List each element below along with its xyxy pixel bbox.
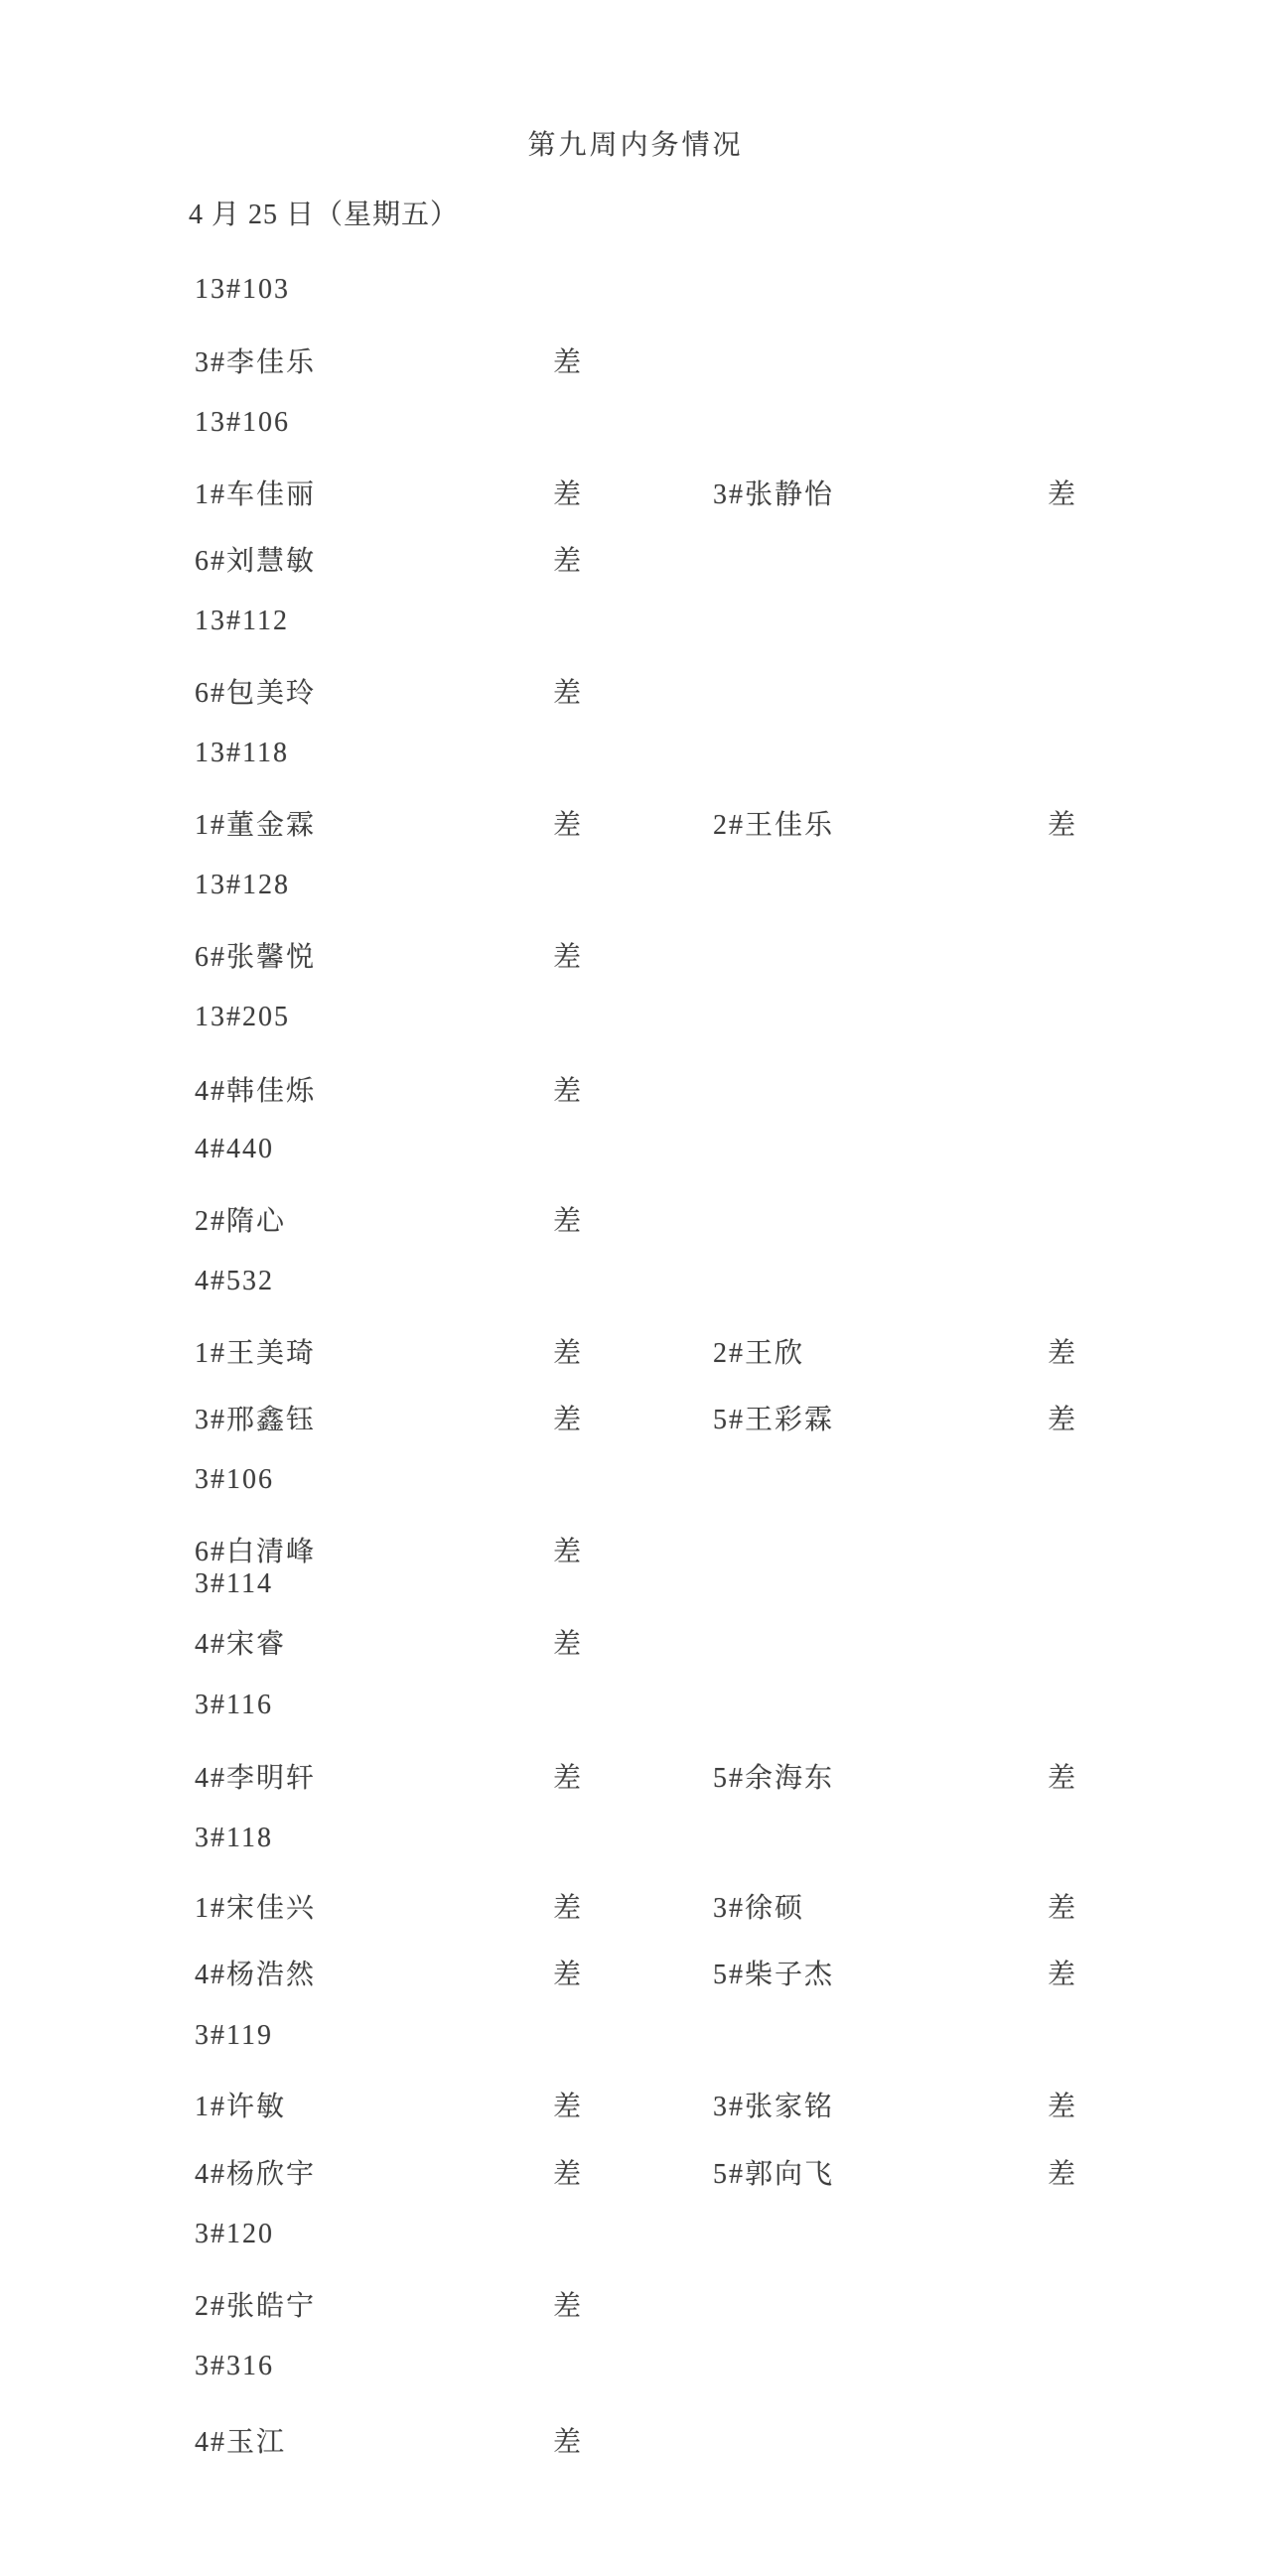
inspection-row: 2#隋心差	[0, 1199, 1271, 1233]
room-header-row: 3#316	[0, 2351, 1271, 2384]
room-number: 13#103	[195, 274, 290, 306]
student-name: 1#车佳丽	[195, 473, 316, 512]
student-name: 4#杨浩然	[195, 1953, 316, 1992]
student-name: 3#张静怡	[713, 473, 834, 512]
date-line: 4 月 25 日（星期五）	[189, 193, 459, 232]
student-name: 5#郭向飞	[713, 2152, 834, 2192]
grade-badge: 差	[1048, 803, 1077, 843]
grade-badge: 差	[553, 2085, 583, 2124]
inspection-row: 4#宋睿差	[0, 1622, 1271, 1656]
student-name: 2#王佳乐	[713, 803, 834, 843]
grade-badge: 差	[553, 2284, 583, 2324]
inspection-row: 3#李佳乐差	[0, 340, 1271, 374]
inspection-row: 1#宋佳兴差3#徐硕差	[0, 1886, 1271, 1920]
room-number: 3#118	[195, 1823, 273, 1854]
student-name: 3#李佳乐	[195, 340, 316, 380]
grade-badge: 差	[553, 1331, 583, 1371]
student-name: 5#王彩霖	[713, 1398, 834, 1437]
inspection-row: 4#杨浩然差5#柴子杰差	[0, 1953, 1271, 1986]
inspection-row: 1#王美琦差2#王欣差	[0, 1331, 1271, 1365]
inspection-row: 4#杨欣宇差5#郭向飞差	[0, 2152, 1271, 2186]
room-number: 3#316	[195, 2351, 274, 2382]
student-name: 4#杨欣宇	[195, 2152, 316, 2192]
student-name: 2#隋心	[195, 1199, 286, 1239]
document-title: 第九周内务情况	[0, 123, 1271, 163]
room-number: 4#532	[195, 1266, 274, 1297]
student-name: 1#王美琦	[195, 1331, 316, 1371]
grade-badge: 差	[553, 2152, 583, 2192]
grade-badge: 差	[553, 2420, 583, 2460]
grade-badge: 差	[553, 1886, 583, 1926]
student-name: 6#白清峰	[195, 1530, 316, 1569]
room-number: 3#120	[195, 2219, 274, 2250]
grade-badge: 差	[1048, 1953, 1077, 1992]
student-name: 2#张皓宁	[195, 2284, 316, 2324]
inspection-row: 4#韩佳烁差	[0, 1069, 1271, 1103]
grade-badge: 差	[1048, 1331, 1077, 1371]
grade-badge: 差	[553, 1398, 583, 1437]
room-number: 13#205	[195, 1002, 290, 1033]
inspection-row: 6#张馨悦差	[0, 935, 1271, 969]
room-header-row: 3#116	[0, 1690, 1271, 1723]
student-name: 1#董金霖	[195, 803, 316, 843]
grade-badge: 差	[553, 1953, 583, 1992]
grade-badge: 差	[1048, 2152, 1077, 2192]
grade-badge: 差	[553, 340, 583, 380]
grade-badge: 差	[1048, 1398, 1077, 1437]
inspection-row: 1#车佳丽差3#张静怡差	[0, 473, 1271, 506]
grade-badge: 差	[553, 539, 583, 579]
inspection-row: 4#李明轩差5#余海东差	[0, 1756, 1271, 1790]
grade-badge: 差	[1048, 2085, 1077, 2124]
student-name: 4#韩佳烁	[195, 1069, 316, 1109]
inspection-row: 6#包美玲差	[0, 671, 1271, 705]
document-page: 第九周内务情况 4 月 25 日（星期五） 13#1033#李佳乐差13#106…	[0, 0, 1271, 2576]
room-header-row: 13#118	[0, 738, 1271, 771]
student-name: 4#玉江	[195, 2420, 286, 2460]
room-number: 3#116	[195, 1690, 273, 1721]
student-name: 1#宋佳兴	[195, 1886, 316, 1926]
grade-badge: 差	[1048, 1886, 1077, 1926]
grade-badge: 差	[553, 1530, 583, 1569]
grade-badge: 差	[553, 803, 583, 843]
inspection-row: 3#邢鑫钰差5#王彩霖差	[0, 1398, 1271, 1431]
student-name: 3#徐硕	[713, 1886, 804, 1926]
student-name: 6#包美玲	[195, 671, 316, 711]
room-number: 3#114	[195, 1568, 273, 1600]
room-header-row: 3#106	[0, 1464, 1271, 1498]
grade-badge: 差	[553, 671, 583, 711]
grade-badge: 差	[553, 473, 583, 512]
room-number: 3#119	[195, 2020, 273, 2052]
room-header-row: 13#106	[0, 407, 1271, 441]
room-header-row: 13#103	[0, 274, 1271, 308]
student-name: 4#宋睿	[195, 1622, 286, 1662]
room-number: 3#106	[195, 1464, 274, 1496]
grade-badge: 差	[553, 935, 583, 975]
room-header-row: 13#205	[0, 1002, 1271, 1035]
room-header-row: 4#440	[0, 1134, 1271, 1167]
inspection-row: 1#许敏差3#张家铭差	[0, 2085, 1271, 2118]
student-name: 5#柴子杰	[713, 1953, 834, 1992]
room-number: 13#128	[195, 870, 290, 901]
room-header-row: 4#532	[0, 1266, 1271, 1299]
student-name: 2#王欣	[713, 1331, 804, 1371]
room-header-row: 3#120	[0, 2219, 1271, 2252]
inspection-row: 6#刘慧敏差	[0, 539, 1271, 573]
room-header-row: 3#119	[0, 2020, 1271, 2054]
room-number: 13#118	[195, 738, 289, 769]
grade-badge: 差	[1048, 1756, 1077, 1796]
inspection-row: 1#董金霖差2#王佳乐差	[0, 803, 1271, 837]
room-number: 4#440	[195, 1134, 274, 1165]
student-name: 1#许敏	[195, 2085, 286, 2124]
room-number: 13#106	[195, 407, 290, 439]
student-name: 6#刘慧敏	[195, 539, 316, 579]
student-name: 5#余海东	[713, 1756, 834, 1796]
grade-badge: 差	[553, 1756, 583, 1796]
student-name: 4#李明轩	[195, 1756, 316, 1796]
grade-badge: 差	[553, 1199, 583, 1239]
room-header-row: 13#128	[0, 870, 1271, 903]
room-number: 13#112	[195, 606, 289, 637]
inspection-row: 6#白清峰差	[0, 1530, 1271, 1563]
grade-badge: 差	[553, 1622, 583, 1662]
grade-badge: 差	[553, 1069, 583, 1109]
student-name: 3#张家铭	[713, 2085, 834, 2124]
student-name: 3#邢鑫钰	[195, 1398, 316, 1437]
room-header-row: 3#118	[0, 1823, 1271, 1856]
room-header-row: 3#114	[0, 1568, 1271, 1602]
student-name: 6#张馨悦	[195, 935, 316, 975]
room-header-row: 13#112	[0, 606, 1271, 639]
inspection-row: 4#玉江差	[0, 2420, 1271, 2454]
inspection-row: 2#张皓宁差	[0, 2284, 1271, 2318]
grade-badge: 差	[1048, 473, 1077, 512]
